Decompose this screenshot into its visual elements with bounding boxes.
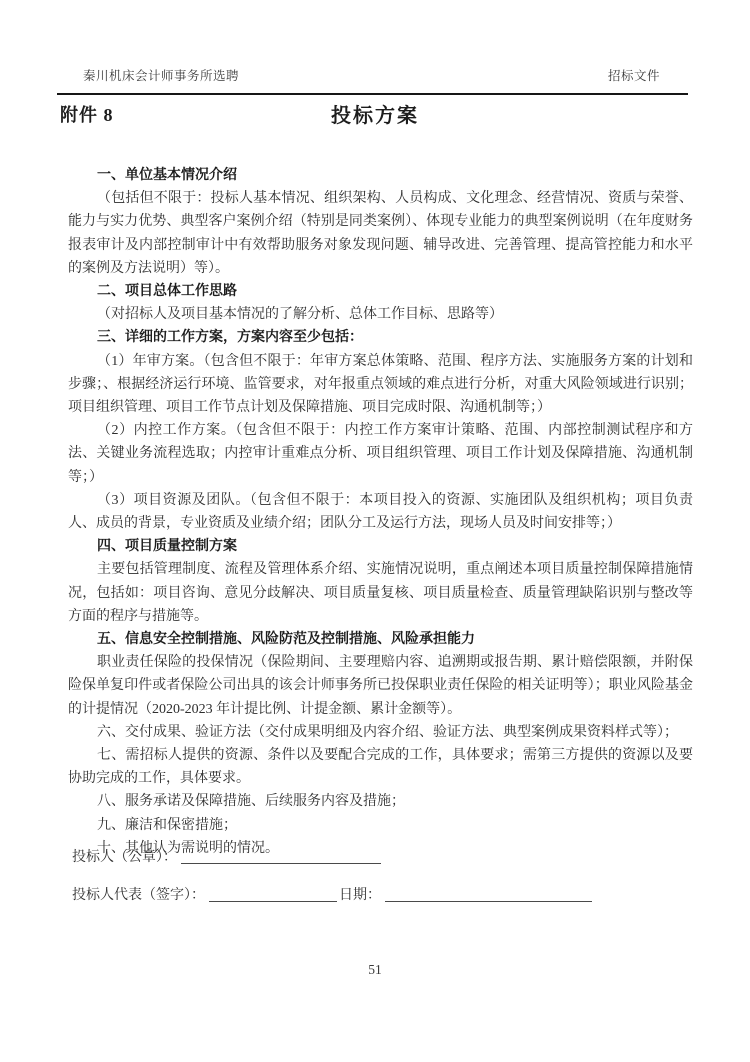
- paragraph: 七、需招标人提供的资源、条件以及要配合完成的工作，具体要求；需第三方提供的资源以…: [68, 744, 693, 790]
- header-divider-rule: [57, 93, 688, 95]
- representative-signature-row: 投标人代表（签字）：日期：: [72, 884, 592, 904]
- bidder-seal-blank: [181, 849, 381, 864]
- document-header: 秦川机床会计师事务所选聘 招标文件: [83, 66, 660, 84]
- paragraph: （2）内控工作方案。（包含但不限于：内控工作方案审计策略、范围、内部控制测试程序…: [68, 419, 693, 489]
- bidder-seal-row: 投标人（公章）：: [72, 846, 381, 866]
- paragraph: 九、廉洁和保密措施；: [68, 814, 693, 837]
- document-body: 一、单位基本情况介绍（包括但不限于：投标人基本情况、组织架构、人员构成、文化理念…: [68, 164, 693, 860]
- representative-label: 投标人代表（签字）：: [72, 888, 205, 903]
- section-heading: 一、单位基本情况介绍: [68, 164, 693, 187]
- title-row: 附件 8 投标方案: [60, 99, 690, 127]
- paragraph: （包括但不限于：投标人基本情况、组织架构、人员构成、文化理念、经营情况、资质与荣…: [68, 187, 693, 280]
- paragraph: 职业责任保险的投保情况（保险期间、主要理赔内容、追溯期或报告期、累计赔偿限额，并…: [68, 651, 693, 721]
- document-page: 秦川机床会计师事务所选聘 招标文件 附件 8 投标方案 一、单位基本情况介绍（包…: [0, 0, 750, 1062]
- date-label: 日期：: [339, 888, 381, 903]
- representative-signature-blank: [209, 887, 337, 902]
- section-heading: 五、信息安全控制措施、风险防范及控制措施、风险承担能力: [68, 628, 693, 651]
- section-heading: 四、项目质量控制方案: [68, 535, 693, 558]
- section-heading: 二、项目总体工作思路: [68, 280, 693, 303]
- paragraph: （3）项目资源及团队。（包含但不限于：本项目投入的资源、实施团队及组织机构；项目…: [68, 489, 693, 535]
- header-right-text: 招标文件: [608, 66, 660, 84]
- paragraph: （对招标人及项目基本情况的了解分析、总体工作目标、思路等）: [68, 303, 693, 326]
- paragraph: 八、服务承诺及保障措施、后续服务内容及措施；: [68, 790, 693, 813]
- header-left-text: 秦川机床会计师事务所选聘: [83, 66, 239, 84]
- paragraph: 主要包括管理制度、流程及管理体系介绍、实施情况说明，重点阐述本项目质量控制保障措…: [68, 558, 693, 628]
- bidder-seal-label: 投标人（公章）：: [72, 850, 177, 865]
- paragraph: （1）年审方案。（包含但不限于：年审方案总体策略、范围、程序方法、实施服务方案的…: [68, 350, 693, 420]
- date-blank: [385, 887, 592, 902]
- document-title: 投标方案: [60, 99, 690, 128]
- section-heading: 三、详细的工作方案，方案内容至少包括：: [68, 326, 693, 349]
- page-number: 51: [0, 962, 750, 978]
- paragraph: 六、交付成果、验证方法（交付成果明细及内容介绍、验证方法、典型案例成果资料样式等…: [68, 721, 693, 744]
